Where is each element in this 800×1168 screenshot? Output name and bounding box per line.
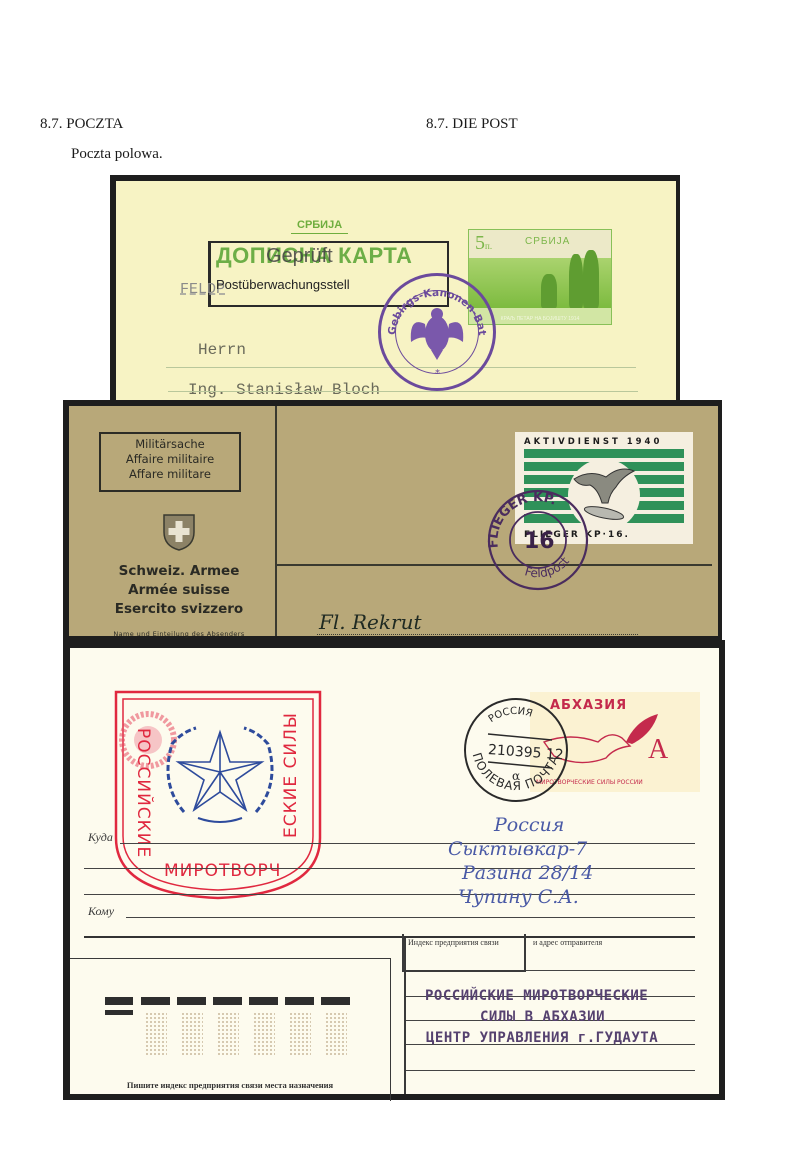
stamp-value: A [648, 734, 668, 766]
zip-index-bar [105, 997, 133, 1005]
sender-address-label: и адрес отправителя [533, 938, 602, 947]
svg-text:210395 12: 210395 12 [488, 742, 565, 763]
recipient-name: Ing. Stanisław Bloch [188, 381, 380, 399]
handwritten-rank: Fl. Rekrut [319, 610, 421, 634]
to-whom-label: Кому [88, 904, 114, 919]
section-heading-german: 8.7. DIE POST [426, 116, 518, 133]
handwritten-address-street: Разина 28/14 [462, 862, 593, 884]
zip-digit-bar [285, 997, 314, 1005]
address-line [526, 970, 695, 971]
zip-digit-field[interactable] [325, 1012, 347, 1056]
zip-digit-bar [141, 997, 170, 1005]
swiss-army-title: Schweiz. Armee Armée suisse Esercito svi… [79, 562, 279, 619]
envelope-divider [404, 938, 406, 1094]
zip-digit-field[interactable] [217, 1012, 239, 1056]
sender-stamp-line: ЦЕНТР УПРАВЛЕНИЯ г.ГУДАУТА [426, 1030, 658, 1046]
military-matter-box: Militärsache Affaire militaire Affare mi… [99, 432, 241, 492]
figure-icon [583, 250, 599, 308]
russian-peacekeeper-envelope: РОССИЙСКИЕ ЕСКИЕ СИЛЫ МИРОТВОРЧ Куда Ком… [63, 640, 725, 1100]
flieger-feldpost-cancel: FLIEGER KP. Feldpost 16 [486, 488, 590, 592]
svg-text:α: α [512, 769, 520, 783]
address-line [120, 843, 695, 844]
country-header: СРБИЈА [291, 219, 348, 234]
seal-ring-text: Gebirgs-Kanonen-Batterie Nr. 11 * [381, 276, 493, 388]
address-line [168, 391, 638, 392]
zip-index-bar [105, 1010, 133, 1015]
svg-text:Feldpost: Feldpost [523, 554, 572, 580]
handwritten-address-country: Россия [494, 814, 564, 836]
postcard-paper: СРБИЈА ДОПИСНА КАРТА Geprüft FELDP Postü… [116, 181, 676, 400]
eagle-icon [411, 308, 463, 360]
stamp-value: 5п. [475, 232, 492, 255]
handwritten-address-city: Сыктывкар-7 [448, 838, 587, 860]
envelope-paper: Militärsache Affaire militaire Affare mi… [69, 406, 718, 636]
envelope-paper: РОССИЙСКИЕ ЕСКИЕ СИЛЫ МИРОТВОРЧ Куда Ком… [70, 648, 719, 1094]
svg-text:РОССИЙСКИЕ: РОССИЙСКИЕ [133, 728, 155, 858]
sender-stamp-line: РОССИЙСКИЕ МИРОТВОРЧЕСКИЕ [425, 988, 648, 1004]
zip-digit-field[interactable] [253, 1012, 275, 1056]
handwritten-address-recipient: Чупину С.А. [458, 886, 579, 908]
zip-digit-bar [249, 997, 278, 1005]
zip-digit-bar [177, 997, 206, 1005]
svg-text:МИРОТВОРЧ: МИРОТВОРЧ [164, 861, 281, 881]
svg-text:16: 16 [524, 529, 555, 554]
to-where-label: Куда [88, 830, 113, 845]
zip-digit-bar [321, 997, 350, 1005]
figure-icon [541, 274, 557, 308]
svg-text:ЕСКИЕ СИЛЫ: ЕСКИЕ СИЛЫ [281, 712, 301, 838]
address-line [126, 917, 695, 918]
swiss-military-envelope: Militärsache Affaire militaire Affare mi… [63, 400, 722, 640]
section-heading-polish: 8.7. POCZTA [40, 116, 123, 133]
peacekeeper-shield-stamp: РОССИЙСКИЕ ЕСКИЕ СИЛЫ МИРОТВОРЧ [112, 688, 324, 902]
figure-icon [569, 254, 583, 308]
zip-digit-field[interactable] [289, 1012, 311, 1056]
field-post-postmark: РОССИЯ ПОЛЕВАЯ ПОЧТА 210395 12 α [462, 696, 570, 804]
swiss-cross-shield-icon [161, 512, 197, 552]
star-wreath-icon [168, 728, 272, 822]
censor-word: Geprüft [266, 245, 333, 268]
salutation: Herrn [198, 341, 246, 359]
stamp-country: СРБИЈА [525, 236, 570, 247]
address-line [84, 894, 695, 895]
sender-caption: Name und Einteilung des Absenders [79, 630, 279, 638]
dotted-address-line [317, 634, 638, 635]
postal-code-caption: Пишите индекс предприятия связи места на… [70, 1080, 390, 1090]
sender-index-label: Индекс предприятия связи [408, 938, 499, 947]
zip-digit-bar [213, 997, 242, 1005]
svg-text:*: * [435, 368, 440, 379]
page-subtitle: Poczta polowa. [71, 146, 163, 163]
address-line [84, 936, 695, 938]
sender-stamp-line: СИЛЫ В АБХАЗИИ [480, 1009, 605, 1025]
censor-office: Postüberwachungsstell [216, 277, 350, 292]
serbian-postcard: СРБИЈА ДОПИСНА КАРТА Geprüft FELDP Postü… [110, 175, 680, 400]
battery-seal: Gebirgs-Kanonen-Batterie Nr. 11 * [378, 273, 496, 391]
zip-digit-field[interactable] [145, 1012, 167, 1056]
zip-digit-field[interactable] [181, 1012, 203, 1056]
address-line [84, 868, 695, 869]
vignette-title: AKTIVDIENST 1940 [524, 437, 662, 447]
address-line [404, 1070, 695, 1071]
svg-text:РОССИЯ: РОССИЯ [487, 706, 534, 725]
